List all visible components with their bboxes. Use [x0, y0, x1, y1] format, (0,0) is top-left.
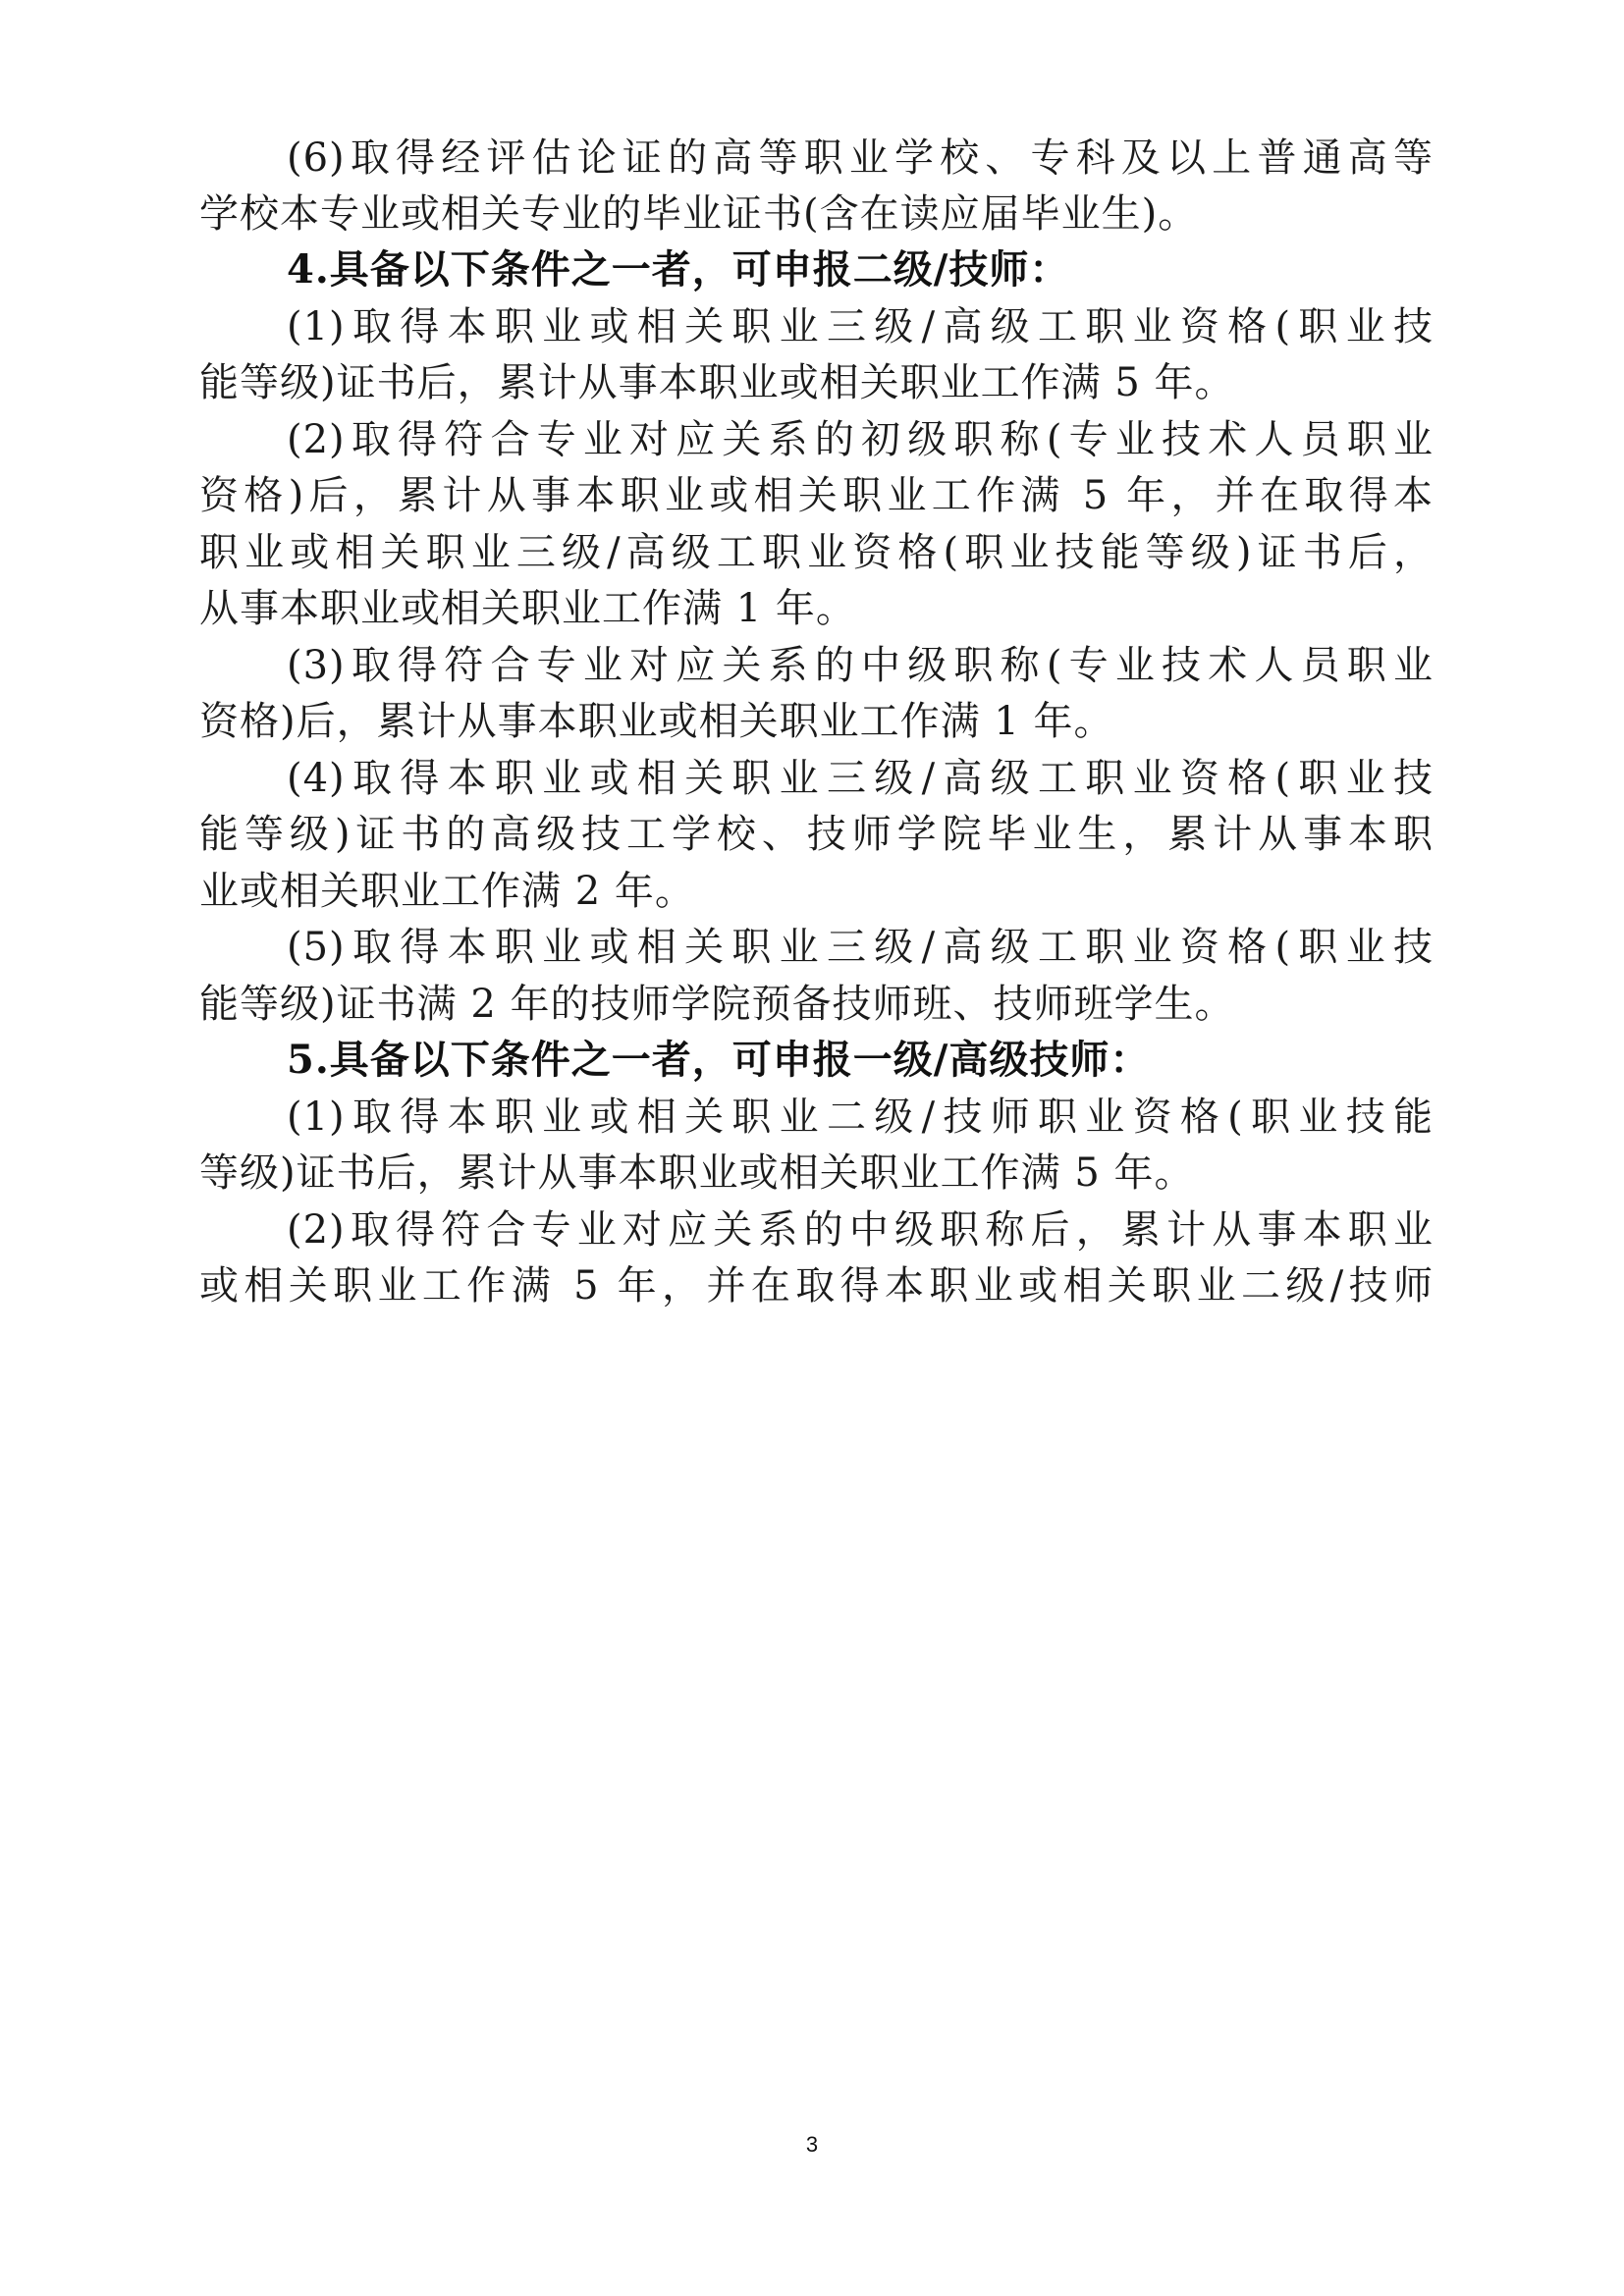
- document-page: (6)取得经评估论证的高等职业学校、专科及以上普通高等 学校本专业或相关专业的毕…: [0, 0, 1624, 2296]
- paragraph-line: 资格)后，累计从事本职业或相关职业工作满 5 年，并在取得本: [199, 466, 1434, 525]
- paragraph-line: 从事本职业或相关职业工作满 1 年。: [199, 579, 1434, 638]
- section-heading-level-2: 4.具备以下条件之一者，可申报二级/技师：: [287, 240, 1434, 299]
- paragraph-line: 业或相关职业工作满 2 年。: [199, 862, 1434, 921]
- paragraph-line: (1)取得本职业或相关职业二级/技师职业资格(职业技能: [287, 1088, 1434, 1147]
- paragraph-line: 职业或相关职业三级/高级工职业资格(职业技能等级)证书后，: [199, 523, 1434, 582]
- paragraph-line: (3)取得符合专业对应关系的中级职称(专业技术人员职业: [287, 636, 1434, 695]
- paragraph-line: (6)取得经评估论证的高等职业学校、专科及以上普通高等: [287, 129, 1434, 187]
- paragraph-line: (1)取得本职业或相关职业三级/高级工职业资格(职业技: [287, 297, 1434, 356]
- section-heading-level-1: 5.具备以下条件之一者，可申报一级/高级技师：: [287, 1031, 1434, 1090]
- paragraph-line: 学校本专业或相关专业的毕业证书(含在读应届毕业生)。: [199, 185, 1434, 243]
- paragraph-line: (2)取得符合专业对应关系的初级职称(专业技术人员职业: [287, 410, 1434, 469]
- paragraph-line: (5)取得本职业或相关职业三级/高级工职业资格(职业技: [287, 918, 1434, 977]
- paragraph-line: 能等级)证书的高级技工学校、技师学院毕业生，累计从事本职: [199, 805, 1434, 864]
- page-number: 3: [0, 2132, 1624, 2158]
- paragraph-line: 或相关职业工作满 5 年，并在取得本职业或相关职业二级/技师: [199, 1256, 1434, 1315]
- paragraph-line: 等级)证书后，累计从事本职业或相关职业工作满 5 年。: [199, 1144, 1434, 1202]
- paragraph-line: 能等级)证书后，累计从事本职业或相关职业工作满 5 年。: [199, 353, 1434, 412]
- paragraph-line: (2)取得符合专业对应关系的中级职称后，累计从事本职业: [287, 1201, 1434, 1259]
- paragraph-line: 能等级)证书满 2 年的技师学院预备技师班、技师班学生。: [199, 975, 1434, 1034]
- paragraph-line: (4)取得本职业或相关职业三级/高级工职业资格(职业技: [287, 749, 1434, 808]
- paragraph-line: 资格)后，累计从事本职业或相关职业工作满 1 年。: [199, 692, 1434, 751]
